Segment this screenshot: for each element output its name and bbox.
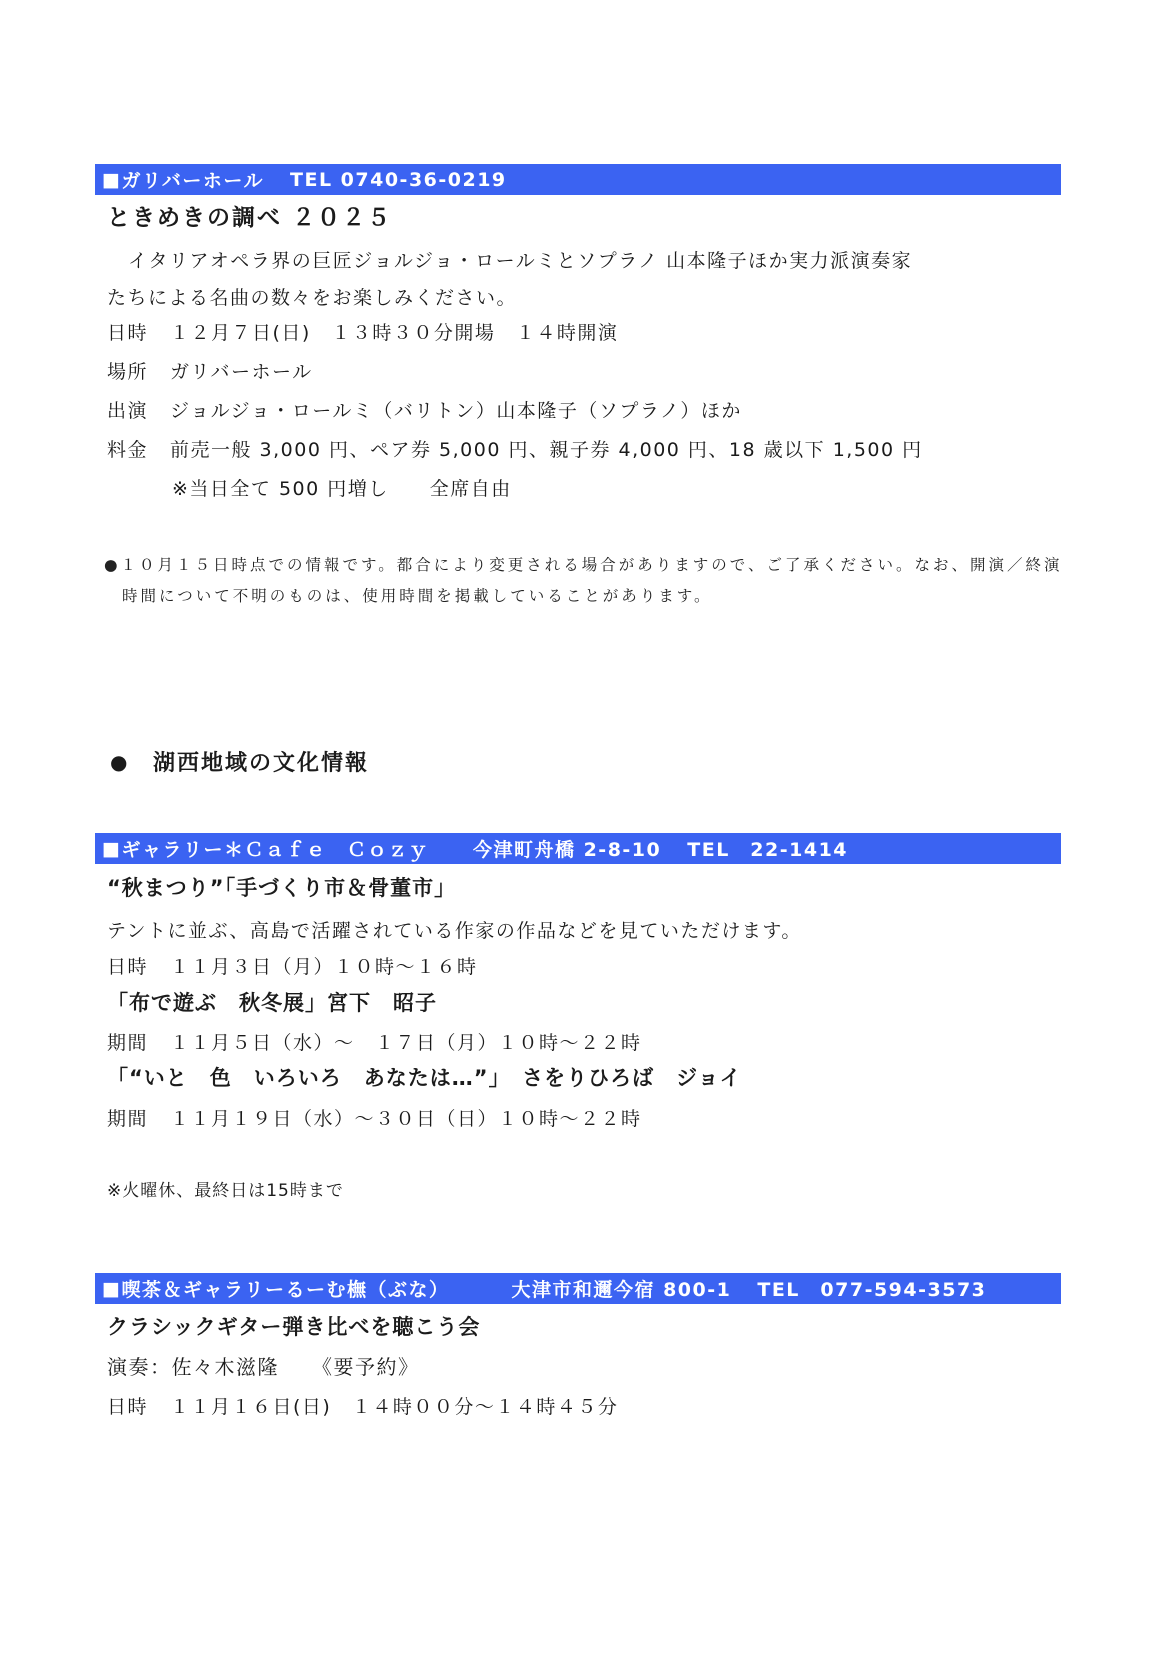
row-value: ガリバーホール <box>170 357 313 384</box>
event-row-datetime: 日時 １２月７日(日) １３時３０分開場 １４時開演 <box>107 318 618 345</box>
guitar-event-row-datetime: 日時 １１月１６日(日) １４時００分～１４時４５分 <box>107 1392 618 1419</box>
closed-days-note: ※火曜休、最終日は15時まで <box>107 1176 344 1201</box>
row-label: 出演 <box>107 396 148 423</box>
disclaimer-line2: 時間について不明のものは、使用時間を掲載していることがあります。 <box>122 584 712 606</box>
venue-address: 今津町舟橋 2-8-10 <box>473 835 661 862</box>
row-value: １１月３日（月）１０時～１６時 <box>170 952 478 979</box>
row-value: １１月５日（水）～ １７日（月）１０時～２２時 <box>170 1028 642 1055</box>
event-description-line1: イタリアオペラ界の巨匠ジョルジョ・ロールミとソプラノ 山本隆子ほか実力派演奏家 <box>128 246 912 273</box>
event2-row-period: 期間 １１月５日（水）～ １７日（月）１０時～２２時 <box>107 1028 642 1055</box>
row-value: ジョルジョ・ロールミ（バリトン）山本隆子（ソプラノ）ほか <box>170 396 742 423</box>
row-value: １１月１９日（水）～３０日（日）１０時～２２時 <box>170 1104 642 1131</box>
venue-address: 大津市和邇今宿 800-1 <box>511 1275 731 1302</box>
venue-header-cafe-cozy: ■ ギャラリー＊Ｃａｆｅ Ｃｏｚｙ 今津町舟橋 2-8-10 TEL 22-14… <box>95 833 1061 864</box>
event2-title: 「布で遊ぶ 秋冬展」宮下 昭子 <box>107 987 437 1017</box>
row-value: 前売一般 3,000 円、ペア券 5,000 円、親子券 4,000 円、18 … <box>170 435 923 462</box>
venue-header-gulliver-hall: ■ ガリバーホール TEL 0740-36-0219 <box>95 164 1061 195</box>
circle-bullet-icon: ● <box>104 556 121 574</box>
row-label: 日時 <box>107 1392 148 1419</box>
section-heading-kosei: ● 湖西地域の文化情報 <box>110 746 369 777</box>
venue-header-room-buna: ■ 喫茶＆ギャラリーるーむ橅（ぶな） 大津市和邇今宿 800-1 TEL 077… <box>95 1273 1061 1304</box>
event3-row-period: 期間 １１月１９日（水）～３０日（日）１０時～２２時 <box>107 1104 642 1131</box>
disclaimer-text1: １０月１５日時点での情報です。都合により変更される場合がありますので、ご了承くだ… <box>121 556 1063 574</box>
venue-name: ガリバーホール <box>121 166 264 193</box>
performer-line: 演奏：佐々木滋隆 《要予約》 <box>107 1351 420 1380</box>
event3-title: 「“いと 色 いろいろ あなたは…”」 さをりひろば ジョイ <box>107 1062 742 1092</box>
event-row-place: 場所 ガリバーホール <box>107 357 313 384</box>
venue-name: ギャラリー＊Ｃａｆｅ Ｃｏｚｙ <box>121 835 429 862</box>
event-row-fee: 料金 前売一般 3,000 円、ペア券 5,000 円、親子券 4,000 円、… <box>107 435 923 462</box>
venue-tel: TEL 22-1414 <box>687 835 848 862</box>
row-label: 料金 <box>107 435 148 462</box>
event1-title: “秋まつり”「手づくり市＆骨董市」 <box>107 872 456 902</box>
row-value: １１月１６日(日) １４時００分～１４時４５分 <box>170 1392 618 1419</box>
fee-surcharge-note: ※当日全て 500 円増し 全席自由 <box>172 474 512 501</box>
circle-bullet-icon: ● <box>110 750 129 774</box>
row-value: １２月７日(日) １３時３０分開場 １４時開演 <box>170 318 618 345</box>
section-title: 湖西地域の文化情報 <box>153 746 369 777</box>
square-bullet-icon: ■ <box>102 1278 121 1300</box>
event-description-line2: たちによる名曲の数々をお楽しみください。 <box>107 283 517 310</box>
square-bullet-icon: ■ <box>102 838 121 860</box>
square-bullet-icon: ■ <box>102 169 121 191</box>
row-label: 場所 <box>107 357 148 384</box>
guitar-event-title: クラシックギター弾き比べを聴こう会 <box>107 1311 480 1341</box>
venue-tel: TEL 0740-36-0219 <box>290 169 507 191</box>
row-label: 日時 <box>107 952 148 979</box>
culture-newsletter-page: ■ ガリバーホール TEL 0740-36-0219 ときめきの調べ ２０２５ … <box>0 0 1165 1653</box>
row-label: 期間 <box>107 1104 148 1131</box>
event-row-performers: 出演 ジョルジョ・ロールミ（バリトン）山本隆子（ソプラノ）ほか <box>107 396 742 423</box>
venue-name: 喫茶＆ギャラリーるーむ橅（ぶな） <box>121 1275 449 1302</box>
event1-description: テントに並ぶ、高島で活躍されている作家の作品などを見ていただけます。 <box>107 916 802 943</box>
row-label: 日時 <box>107 318 148 345</box>
disclaimer-line1: ●１０月１５日時点での情報です。都合により変更される場合がありますので、ご了承く… <box>104 553 1063 575</box>
event-title: ときめきの調べ ２０２５ <box>107 199 392 232</box>
venue-tel: TEL 077-594-3573 <box>757 1275 986 1302</box>
event1-row-datetime: 日時 １１月３日（月）１０時～１６時 <box>107 952 478 979</box>
row-label: 期間 <box>107 1028 148 1055</box>
